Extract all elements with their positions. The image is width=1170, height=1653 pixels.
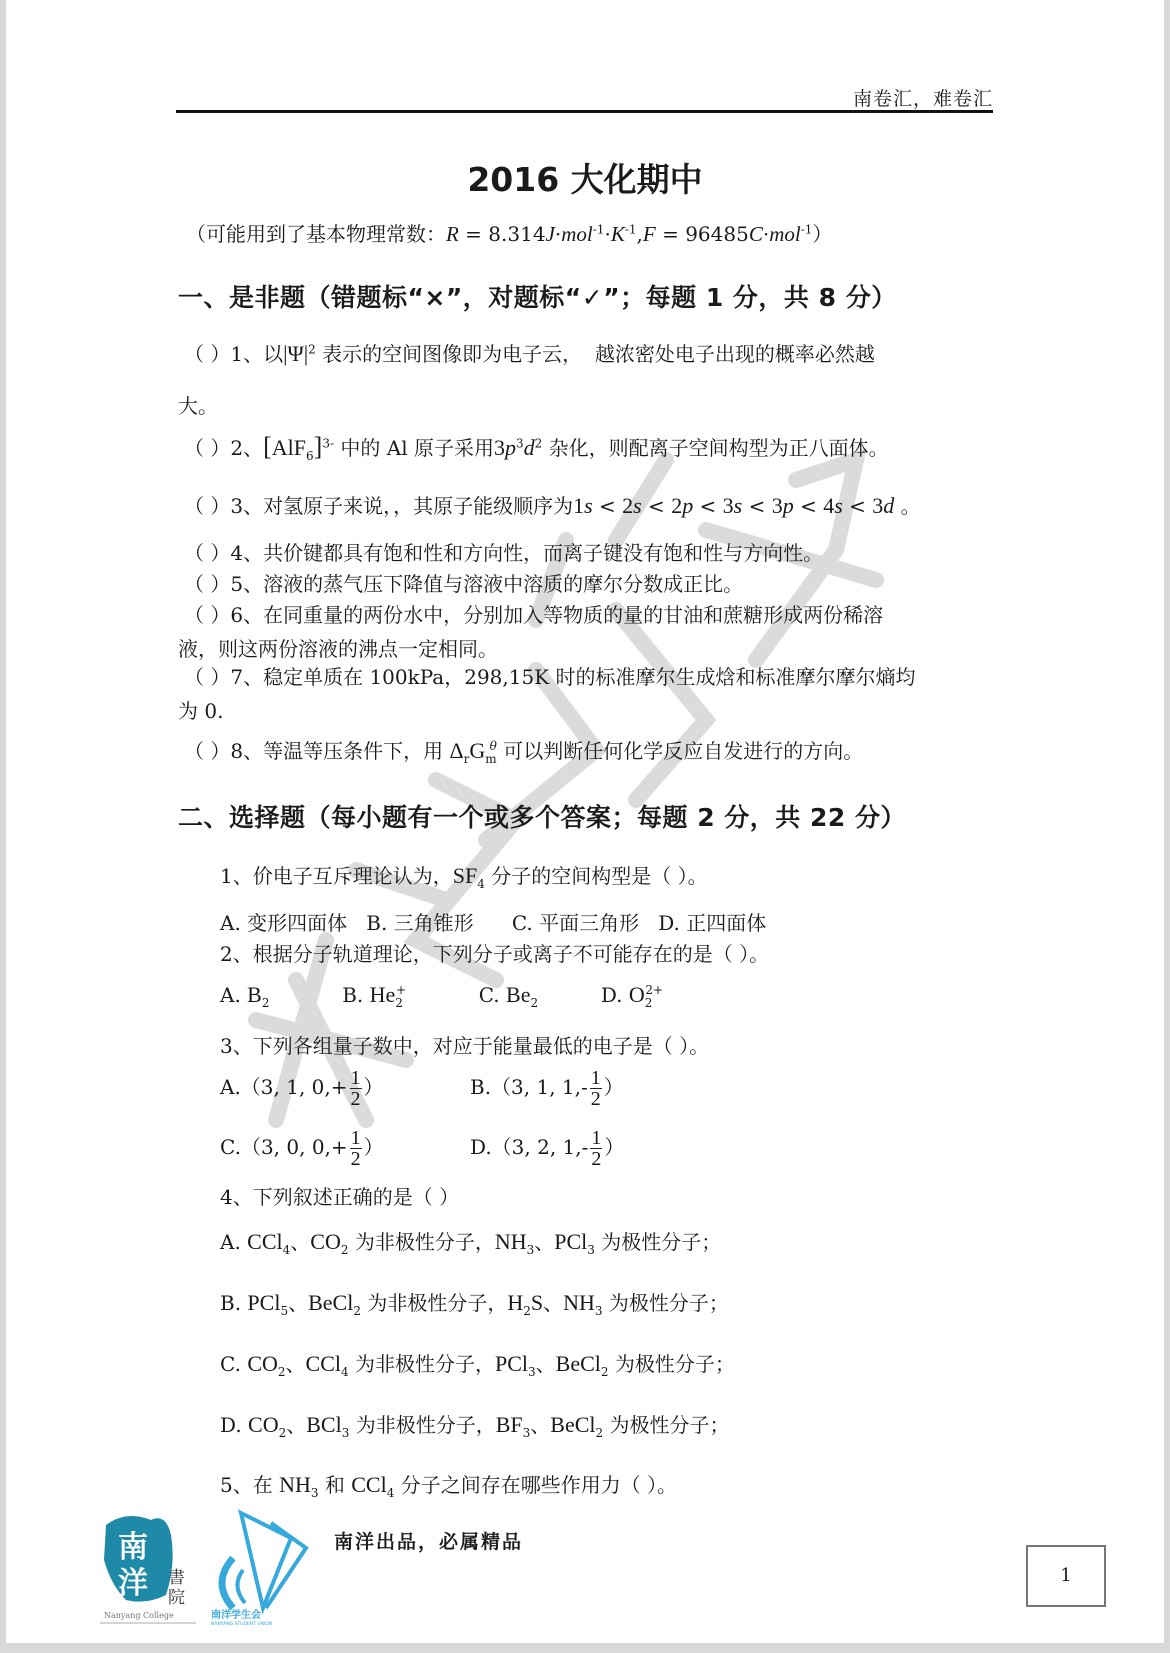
physical-constants: （可能用到了基本物理常数：R = 8.314J·mol-1·K-1,F = 96…: [186, 218, 832, 247]
mc-question-1: 1、价电子互斥理论认为，SF4 分子的空间构型是（ ）。: [220, 860, 708, 889]
mc-q3-option-a: A.（3, 1, 0,+12）: [220, 1068, 384, 1109]
tf-item-7-cont: 为 0.: [178, 695, 223, 724]
constants-expression: R: [446, 222, 459, 246]
option-a: A. 变形四面体: [220, 911, 347, 935]
tf-item-2: （ ）2、[AlF6]3- 中的 Al 原子采用3p3d2 杂化，则配离子空间构…: [184, 435, 889, 460]
tf-item-1: （ ）1、以|Ψ|2 表示的空间图像即为电子云， 越浓密处电子出现的概率必然越: [184, 342, 875, 366]
option-c: C. Be2: [479, 983, 538, 1007]
document-page: 南卷汇，难卷汇 2016 大化期中 （可能用到了基本物理常数：R = 8.314…: [6, 0, 1164, 1643]
tf-item-7: （ ）7、稳定单质在 100kPa，298,15K 时的标准摩尔生成焓和标准摩尔…: [184, 665, 916, 689]
constants-prefix: （可能用到了基本物理常数：: [186, 222, 446, 246]
tf-item-8: （ ）8、等温等压条件下，用 ΔrGmθ 可以判断任何化学反应自发进行的方向。: [184, 739, 863, 763]
option-d: D. O22+: [601, 983, 663, 1007]
svg-text:院: 院: [168, 1588, 185, 1608]
mc-q3-option-c: C.（3, 0, 0,+12）: [220, 1128, 384, 1169]
mc-question-5: 5、在 NH3 和 CCl4 分子之间存在哪些作用力（ ）。: [220, 1469, 677, 1498]
option-b: B. He2+: [342, 983, 406, 1007]
option-b: B. 三角锥形: [366, 911, 473, 935]
svg-text:Nanyang College: Nanyang College: [104, 1611, 174, 1620]
mc-q4-option-c: C. CO2、CCl4 为非极性分子，PCl3、BeCl2 为极性分子；: [220, 1348, 735, 1377]
page-number-box: 1: [1026, 1545, 1106, 1607]
page-title: 2016 大化期中: [6, 154, 1164, 201]
option-d: D. 正四面体: [658, 911, 766, 935]
tf-item-3: （ ）3、对氢原子来说，，其原子能级顺序为1s < 2s < 2p < 3s <…: [184, 494, 921, 518]
mc-q4-option-a: A. CCl4、CO2 为非极性分子，NH3、PCl3 为极性分子；: [220, 1226, 721, 1255]
option-a: A. B2: [220, 983, 270, 1007]
svg-text:書: 書: [168, 1568, 185, 1588]
section1-heading: 一、是非题（错题标“×”，对题标“✓”；每题 1 分，共 8 分）: [178, 278, 897, 314]
tf-item-6-cont: 液，则这两份溶液的沸点一定相同。: [178, 633, 498, 662]
student-union-logo-icon: 南洋学生会 NANYANG STUDENT UNION: [211, 1508, 311, 1626]
svg-text:NANYANG STUDENT UNION: NANYANG STUDENT UNION: [211, 1621, 272, 1626]
mc-q3-option-b: B.（3, 1, 1,-12）: [470, 1068, 624, 1109]
mc-question-2: 2、根据分子轨道理论，下列分子或离子不可能存在的是（ ）。: [220, 938, 769, 967]
mc-q1-options: A. 变形四面体 B. 三角锥形 C. 平面三角形 D. 正四面体: [220, 907, 766, 936]
mc-question-4: 4、下列叙述正确的是（ ）: [220, 1181, 459, 1210]
page-number: 1: [1028, 1565, 1104, 1586]
tf-item-4: （ ）4、共价键都具有饱和性和方向性，而离子键没有饱和性与方向性。: [184, 541, 823, 565]
svg-text:洋: 洋: [118, 1566, 148, 1601]
mc-q4-option-d: D. CO2、BCl3 为非极性分子，BF3、BeCl2 为极性分子；: [220, 1409, 730, 1438]
footer-slogan: 南洋出品，必属精品: [334, 1527, 523, 1554]
svg-text:南洋学生会: 南洋学生会: [211, 1608, 261, 1621]
mc-q4-option-b: B. PCl5、BeCl2 为非极性分子，H2S、NH3 为极性分子；: [220, 1287, 729, 1316]
mc-q3-option-d: D.（3, 2, 1,-12）: [470, 1128, 624, 1169]
option-c: C. 平面三角形: [512, 911, 639, 935]
tf-item-5: （ ）5、溶液的蒸气压下降值与溶液中溶质的摩尔分数成正比。: [184, 572, 743, 596]
tf-item-1-cont: 大。: [178, 390, 218, 419]
section2-heading: 二、选择题（每小题有一个或多个答案；每题 2 分，共 22 分）: [178, 798, 906, 834]
header-rule: [176, 110, 993, 113]
header-slogan: 南卷汇，难卷汇: [6, 84, 993, 111]
nanyang-college-logo-icon: 南 洋 書 院 Nanyang College: [96, 1505, 196, 1625]
tf-item-6: （ ）6、在同重量的两份水中，分别加入等物质的量的甘油和蔗糖形成两份稀溶: [184, 603, 883, 627]
mc-question-3: 3、下列各组量子数中，对应于能量最低的电子是（ ）。: [220, 1030, 709, 1059]
svg-text:南: 南: [118, 1530, 148, 1565]
mc-q2-options: A. B2 B. He2+ C. Be2 D. O22+: [220, 982, 663, 1008]
